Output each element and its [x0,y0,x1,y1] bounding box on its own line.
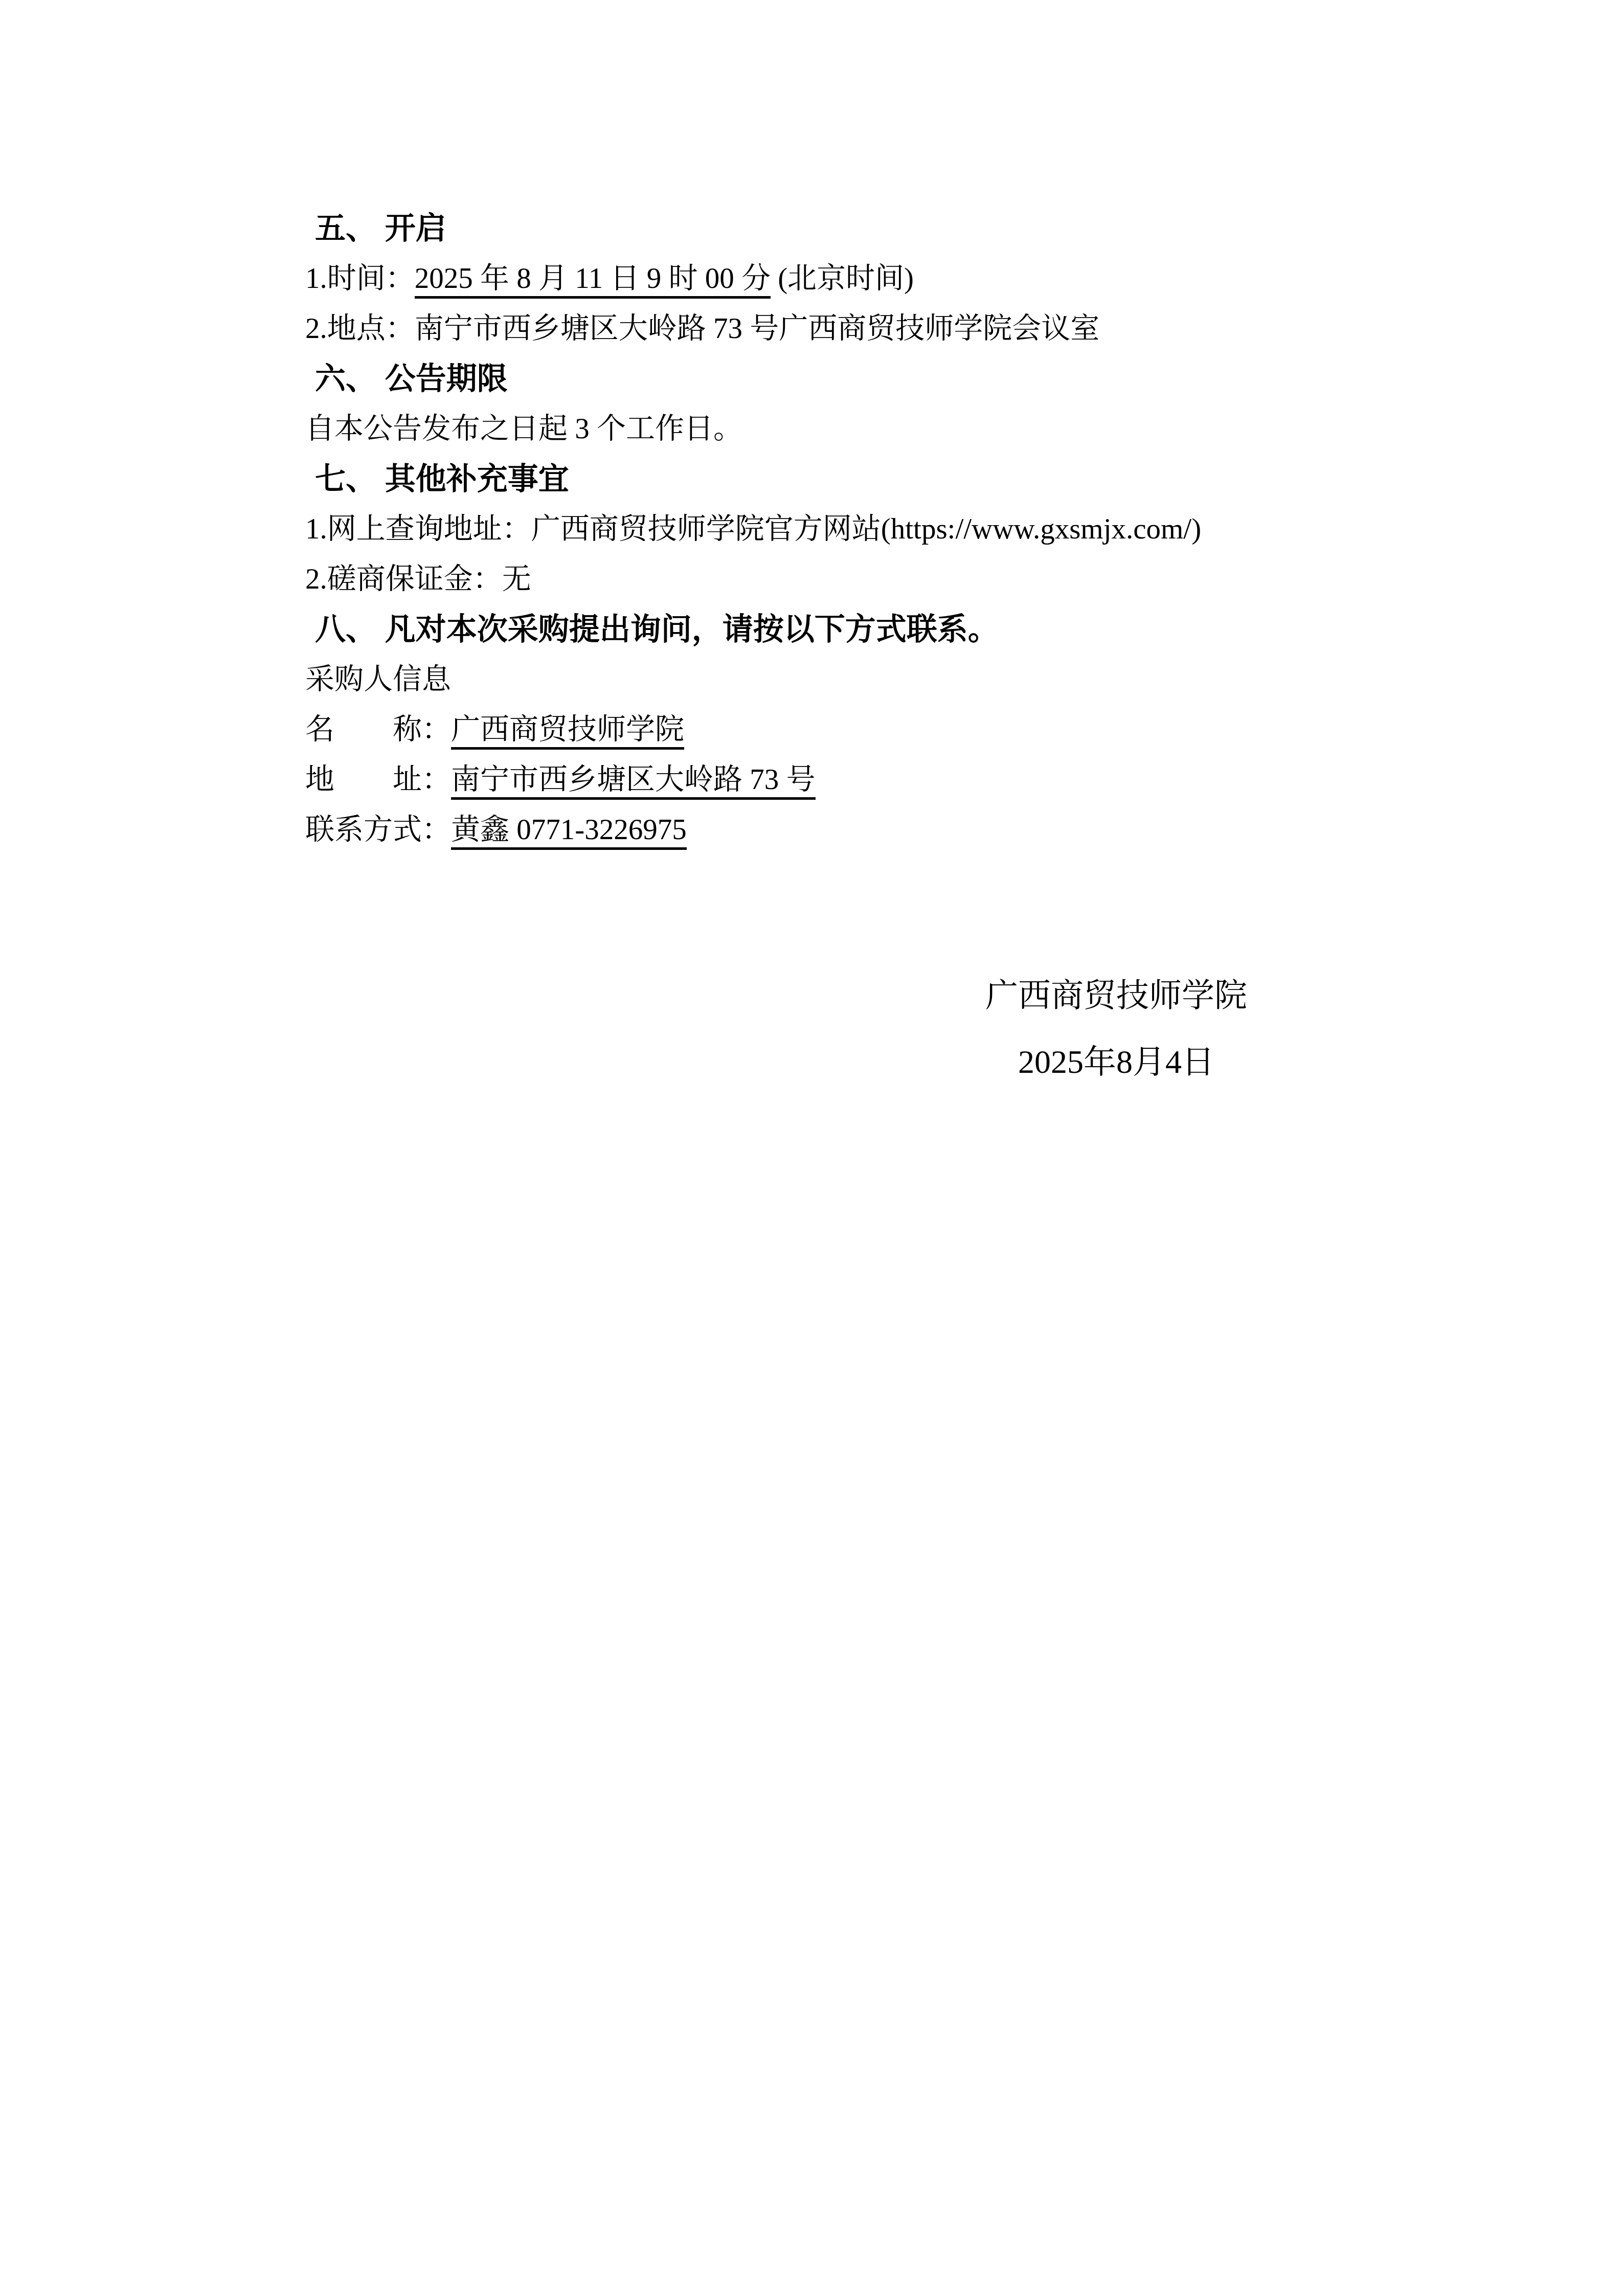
purchaser-contact-line: 联系方式：黄鑫 0771-3226975 [305,805,1430,855]
document-page: 五、 开启 1.时间：2025 年 8 月 11 日 9 时 00 分 (北京时… [0,0,1623,2296]
purchaser-contact-value: 黄鑫 0771-3226975 [451,814,687,850]
section-6-notice-period-heading: 六、 公告期限 [305,354,1430,404]
purchaser-address-line: 地 址：南宁市西乡塘区大岭路 73 号 [305,755,1430,805]
signature-organization: 广西商贸技师学院 [937,962,1295,1029]
section-5-opening-heading: 五、 开启 [305,204,1430,254]
deposit-line: 2.磋商保证金：无 [305,554,1430,604]
purchaser-name-value: 广西商贸技师学院 [451,713,684,750]
section-7-supplementary-heading: 七、 其他补充事宜 [305,454,1430,504]
opening-time-label: 1.时间： [305,262,415,295]
notice-period-line: 自本公告发布之日起 3 个工作日。 [305,404,1430,454]
opening-location-line: 2.地点：南宁市西乡塘区大岭路 73 号广西商贸技师学院会议室 [305,304,1430,354]
opening-location-value: 南宁市西乡塘区大岭路 73 号广西商贸技师学院会议室 [415,312,1100,345]
section-8-contact-heading: 八、 凡对本次采购提出询问，请按以下方式联系。 [305,604,1430,655]
purchaser-address-label: 地 址： [305,763,451,796]
opening-time-timezone: (北京时间) [771,262,914,295]
purchaser-contact-label: 联系方式： [305,814,451,846]
purchaser-info-title: 采购人信息 [305,655,1430,705]
document-content: 五、 开启 1.时间：2025 年 8 月 11 日 9 时 00 分 (北京时… [305,204,1430,1095]
opening-location-label: 2.地点： [305,312,415,345]
purchaser-name-label: 名 称： [305,713,451,746]
opening-time-value: 2025 年 8 月 11 日 9 时 00 分 [415,262,771,299]
online-query-address-line: 1.网上查询地址：广西商贸技师学院官方网站(https://www.gxsmjx… [305,504,1430,554]
signature-date: 2025年8月4日 [937,1029,1295,1095]
purchaser-name-line: 名 称：广西商贸技师学院 [305,705,1430,755]
opening-time-line: 1.时间：2025 年 8 月 11 日 9 时 00 分 (北京时间) [305,254,1430,304]
signature-block: 广西商贸技师学院 2025年8月4日 [937,962,1295,1095]
purchaser-address-value: 南宁市西乡塘区大岭路 73 号 [451,763,816,800]
